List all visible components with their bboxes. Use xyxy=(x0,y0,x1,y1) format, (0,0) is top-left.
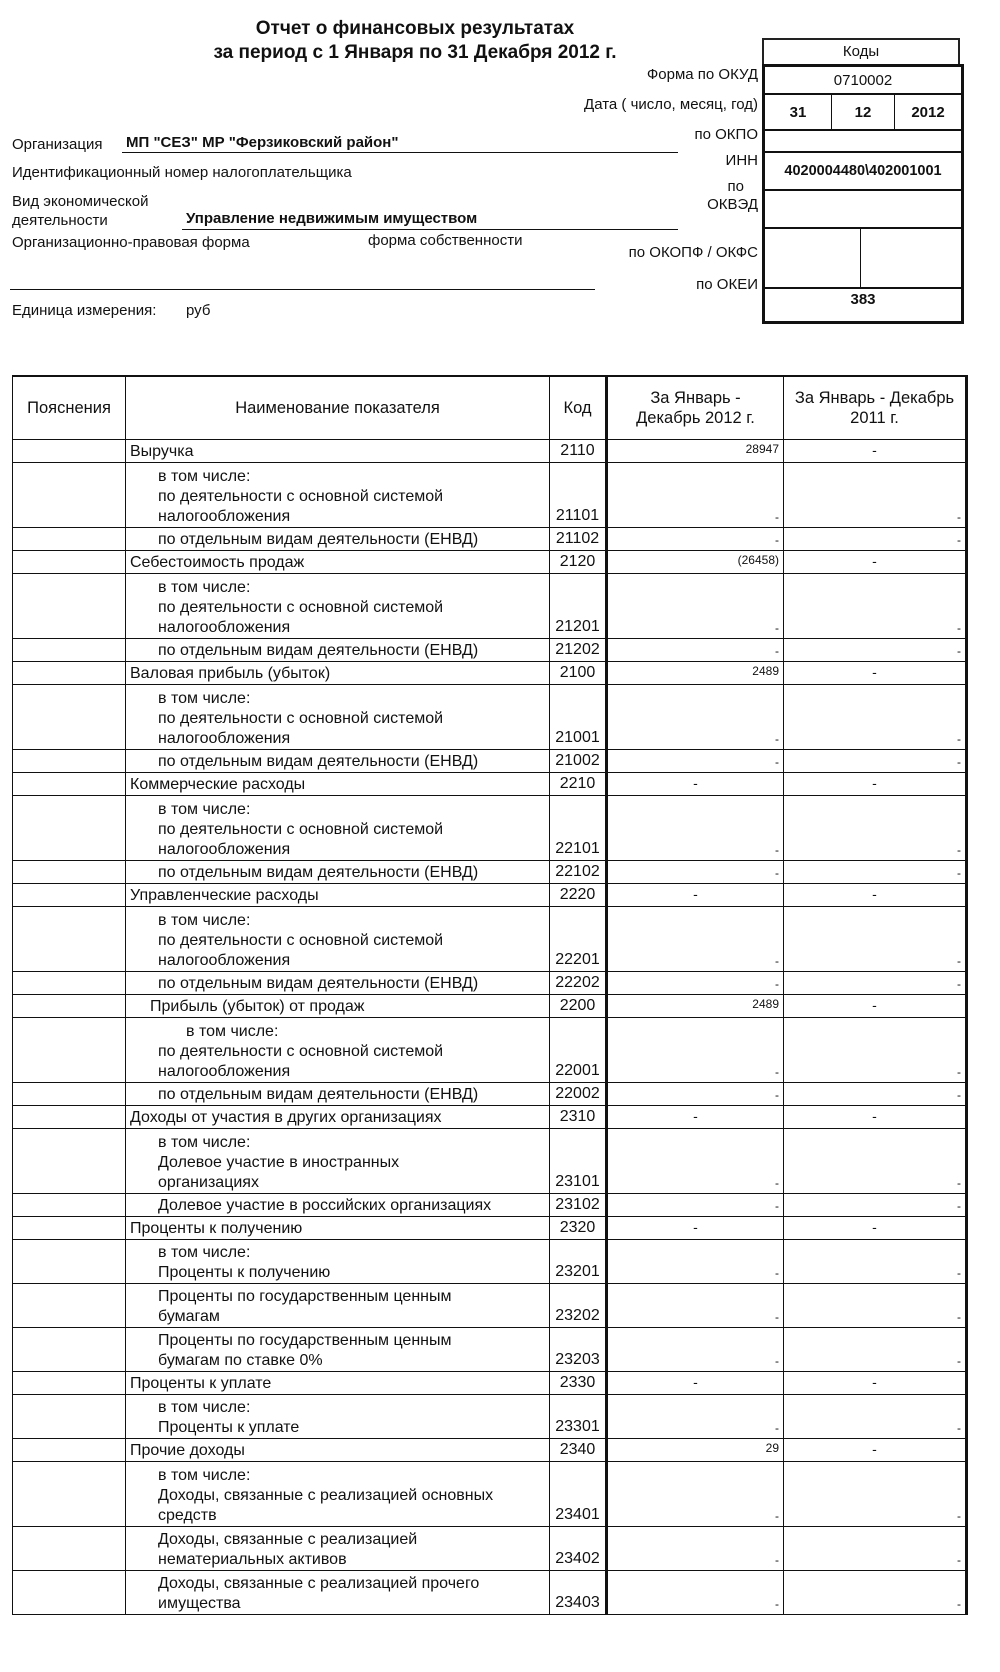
value-2011: - xyxy=(784,1194,968,1217)
value-2011: - xyxy=(784,1439,968,1462)
indicator-name-line: Проценты к уплате xyxy=(130,1374,549,1394)
table-row: Проценты по государственным ценнымбумага… xyxy=(12,1328,988,1372)
value-2012: - xyxy=(608,639,784,662)
indicator-name-line: организациях xyxy=(158,1173,549,1193)
indicator-name-line: бумагам по ставке 0% xyxy=(158,1351,549,1371)
inn-row: 4020004480\402001001 xyxy=(765,153,961,191)
table-row: в том числе:по деятельности с основной с… xyxy=(12,796,988,861)
indicator-name-line: Коммерческие расходы xyxy=(130,775,549,795)
value-2012: 28947 xyxy=(608,440,784,463)
notes-cell xyxy=(12,551,126,574)
indicator-name-line: Долевое участие в российских организация… xyxy=(158,1196,549,1216)
indicator-name-line: Доходы от участия в других организациях xyxy=(130,1108,549,1128)
notes-cell xyxy=(12,861,126,884)
value-2011: - xyxy=(784,1083,968,1106)
value-2012: - xyxy=(608,574,784,639)
indicator-name: по отдельным видам деятельности (ЕНВД) xyxy=(126,639,550,662)
value-2011: - xyxy=(784,528,968,551)
table-row: в том числе:по деятельности с основной с… xyxy=(12,907,988,972)
code-cell: 2110 xyxy=(550,440,608,463)
notes-cell xyxy=(12,773,126,796)
notes-cell xyxy=(12,1018,126,1083)
indicator-name: в том числе:по деятельности с основной с… xyxy=(126,907,550,972)
okved-label-line2: ОКВЭД xyxy=(707,196,758,213)
value-2011: - xyxy=(784,750,968,773)
table-row: в том числе:по деятельности с основной с… xyxy=(12,574,988,639)
code-cell: 2340 xyxy=(550,1439,608,1462)
okei-label: по ОКЕИ xyxy=(696,276,758,293)
indicator-name-line: Долевое участие в иностранных xyxy=(158,1153,549,1173)
code-cell: 2120 xyxy=(550,551,608,574)
notes-cell xyxy=(12,1527,126,1571)
okei-value: 383 xyxy=(765,289,961,319)
indicator-name-line: в том числе: xyxy=(158,578,549,598)
code-cell: 21202 xyxy=(550,639,608,662)
table-row: по отдельным видам деятельности (ЕНВД)21… xyxy=(12,639,988,662)
table-row: в том числе:Проценты к получению23201-- xyxy=(12,1240,988,1284)
table-row: Себестоимость продаж2120(26458)- xyxy=(12,551,988,574)
code-cell: 23401 xyxy=(550,1462,608,1527)
value-2011: - xyxy=(784,639,968,662)
value-2011: - xyxy=(784,884,968,907)
okved-label-line1: по xyxy=(728,178,744,195)
okopf-okfs-row xyxy=(765,229,961,289)
notes-cell xyxy=(12,1217,126,1240)
date-year: 2012 xyxy=(895,95,961,129)
table-row: Выручка211028947- xyxy=(12,440,988,463)
indicator-name-line: по отдельным видам деятельности (ЕНВД) xyxy=(158,863,549,883)
code-cell: 23101 xyxy=(550,1129,608,1194)
code-cell: 21102 xyxy=(550,528,608,551)
indicator-name-line: нематериальных активов xyxy=(158,1550,549,1570)
value-2011: - xyxy=(784,861,968,884)
notes-cell xyxy=(12,884,126,907)
organization-underline xyxy=(122,152,678,153)
indicator-name: по отдельным видам деятельности (ЕНВД) xyxy=(126,750,550,773)
codes-heading: Коды xyxy=(762,38,960,66)
code-cell: 23201 xyxy=(550,1240,608,1284)
indicator-name: Выручка xyxy=(126,440,550,463)
indicator-name-line: средств xyxy=(158,1506,549,1526)
table-row: по отдельным видам деятельности (ЕНВД)22… xyxy=(12,972,988,995)
notes-cell xyxy=(12,1083,126,1106)
indicator-name: Долевое участие в российских организация… xyxy=(126,1194,550,1217)
indicator-name-line: в том числе: xyxy=(158,1243,549,1263)
indicator-name-line: по деятельности с основной системой xyxy=(158,709,549,729)
notes-cell xyxy=(12,662,126,685)
value-2011: - xyxy=(784,1018,968,1083)
indicator-name-line: Проценты к получению xyxy=(158,1263,549,1283)
activity-label-line1: Вид экономической xyxy=(12,193,148,210)
indicator-name: Доходы от участия в других организациях xyxy=(126,1106,550,1129)
indicator-name-line: налогообложения xyxy=(158,507,549,527)
indicator-name-line: Проценты по государственным ценным xyxy=(158,1331,549,1351)
okpo-value xyxy=(765,131,961,151)
notes-cell xyxy=(12,995,126,1018)
okud-label: Форма по ОКУД xyxy=(647,66,758,83)
col-header-2011: За Январь - Декабрь 2011 г. xyxy=(784,375,968,440)
notes-cell xyxy=(12,1240,126,1284)
indicator-name: Управленческие расходы xyxy=(126,884,550,907)
code-cell: 23202 xyxy=(550,1284,608,1328)
code-cell: 2210 xyxy=(550,773,608,796)
indicator-name: в том числе:по деятельности с основной с… xyxy=(126,574,550,639)
value-2011: - xyxy=(784,1571,968,1615)
value-2011: - xyxy=(784,1462,968,1527)
value-2011: - xyxy=(784,1372,968,1395)
indicator-name: по отдельным видам деятельности (ЕНВД) xyxy=(126,972,550,995)
value-2011: - xyxy=(784,1527,968,1571)
table-row: Доходы от участия в других организациях2… xyxy=(12,1106,988,1129)
table-row: в том числе:по деятельности с основной с… xyxy=(12,685,988,750)
indicator-name-line: в том числе: xyxy=(158,689,549,709)
code-cell: 22001 xyxy=(550,1018,608,1083)
indicator-name-line: по отдельным видам деятельности (ЕНВД) xyxy=(158,974,549,994)
indicator-name-line: по отдельным видам деятельности (ЕНВД) xyxy=(158,530,549,550)
notes-cell xyxy=(12,1439,126,1462)
notes-cell xyxy=(12,685,126,750)
notes-cell xyxy=(12,907,126,972)
notes-cell xyxy=(12,1462,126,1527)
indicator-name-line: налогообложения xyxy=(158,729,549,749)
value-2012: - xyxy=(608,972,784,995)
organization-label: Организация xyxy=(12,136,102,153)
table-row: Управленческие расходы2220-- xyxy=(12,884,988,907)
value-2012: - xyxy=(608,884,784,907)
code-cell: 23301 xyxy=(550,1395,608,1439)
indicator-name: Проценты по государственным ценнымбумага… xyxy=(126,1328,550,1372)
code-cell: 22202 xyxy=(550,972,608,995)
value-2012: 2489 xyxy=(608,995,784,1018)
indicator-name-line: Проценты по государственным ценным xyxy=(158,1287,549,1307)
indicator-name-line: по деятельности с основной системой xyxy=(158,820,549,840)
value-2012: 29 xyxy=(608,1439,784,1462)
code-cell: 23402 xyxy=(550,1527,608,1571)
value-2012: - xyxy=(608,1462,784,1527)
indicator-name: по отдельным видам деятельности (ЕНВД) xyxy=(126,1083,550,1106)
indicator-name-line: по отдельным видам деятельности (ЕНВД) xyxy=(158,1085,549,1105)
value-2011: - xyxy=(784,995,968,1018)
value-2011: - xyxy=(784,1106,968,1129)
activity-underline xyxy=(182,229,678,230)
code-cell: 23203 xyxy=(550,1328,608,1372)
okpo-label: по ОКПО xyxy=(695,126,759,143)
value-2012: - xyxy=(608,907,784,972)
indicator-name-line: Доходы, связанные с реализацией xyxy=(158,1530,549,1550)
value-2012: - xyxy=(608,773,784,796)
indicator-name: Проценты по государственным ценнымбумага… xyxy=(126,1284,550,1328)
value-2011: - xyxy=(784,773,968,796)
value-2011: - xyxy=(784,1395,968,1439)
indicator-name: в том числе:Проценты к уплате xyxy=(126,1395,550,1439)
indicator-name-line: по деятельности с основной системой xyxy=(158,1042,549,1062)
report-period: за период с 1 Января по 31 Декабря 2012 … xyxy=(0,42,830,64)
value-2012: (26458) xyxy=(608,551,784,574)
value-2012: - xyxy=(608,1240,784,1284)
indicator-name-line: Доходы, связанные с реализацией основных xyxy=(158,1486,549,1506)
col-header-code: Код xyxy=(550,375,608,440)
table-row: по отдельным видам деятельности (ЕНВД)21… xyxy=(12,750,988,773)
indicator-name-line: Доходы, связанные с реализацией прочего xyxy=(158,1574,549,1594)
indicator-name-line: по деятельности с основной системой xyxy=(158,931,549,951)
indicator-name: в том числе:Доходы, связанные с реализац… xyxy=(126,1462,550,1527)
indicator-name: в том числе:по деятельности с основной с… xyxy=(126,685,550,750)
value-2011: - xyxy=(784,972,968,995)
code-cell: 2330 xyxy=(550,1372,608,1395)
indicator-name-line: Проценты к получению xyxy=(130,1219,549,1239)
value-2011: - xyxy=(784,796,968,861)
indicator-name-line: в том числе: xyxy=(158,1133,549,1153)
indicator-name-line: по отдельным видам деятельности (ЕНВД) xyxy=(158,752,549,772)
notes-cell xyxy=(12,972,126,995)
value-2011: - xyxy=(784,1240,968,1284)
indicator-name-line: по деятельности с основной системой xyxy=(158,598,549,618)
code-cell: 23403 xyxy=(550,1571,608,1615)
code-cell: 21101 xyxy=(550,463,608,528)
indicator-name: Валовая прибыль (убыток) xyxy=(126,662,550,685)
indicator-name-line: бумагам xyxy=(158,1307,549,1327)
indicator-name: в том числе:Проценты к получению xyxy=(126,1240,550,1284)
unit-value: руб xyxy=(186,302,210,319)
indicator-name-line: налогообложения xyxy=(158,840,549,860)
value-2011: - xyxy=(784,1129,968,1194)
notes-cell xyxy=(12,1106,126,1129)
col-header-2012: За Январь - Декабрь 2012 г. xyxy=(608,375,784,440)
table-row: Доходы, связанные с реализациейнематериа… xyxy=(12,1527,988,1571)
activity-label-line2: деятельности xyxy=(12,212,108,229)
indicator-name: по отдельным видам деятельности (ЕНВД) xyxy=(126,861,550,884)
value-2011: - xyxy=(784,662,968,685)
legal-form-label: Организационно-правовая форма xyxy=(12,234,250,251)
notes-cell xyxy=(12,440,126,463)
value-2011: - xyxy=(784,1328,968,1372)
value-2012: - xyxy=(608,796,784,861)
notes-cell xyxy=(12,1395,126,1439)
codes-body: 0710002 31 12 2012 4020004480\402001001 … xyxy=(762,64,964,324)
okpo-row xyxy=(765,131,961,153)
okved-value xyxy=(765,191,961,227)
indicator-name: в том числе:по деятельности с основной с… xyxy=(126,463,550,528)
indicator-name: Прочие доходы xyxy=(126,1439,550,1462)
ownership-label: форма собственности xyxy=(368,232,522,249)
notes-cell xyxy=(12,1571,126,1615)
indicator-name-line: Себестоимость продаж xyxy=(130,553,549,573)
table-row: по отдельным видам деятельности (ЕНВД)22… xyxy=(12,1083,988,1106)
date-day: 31 xyxy=(765,95,832,129)
value-2012: - xyxy=(608,1284,784,1328)
indicator-name: Доходы, связанные с реализациейнематериа… xyxy=(126,1527,550,1571)
code-cell: 22102 xyxy=(550,861,608,884)
notes-cell xyxy=(12,1372,126,1395)
indicator-name: Проценты к уплате xyxy=(126,1372,550,1395)
indicator-name-line: Проценты к уплате xyxy=(158,1418,549,1438)
table-row: в том числе:Доходы, связанные с реализац… xyxy=(12,1462,988,1527)
indicator-name-line: в том числе: xyxy=(158,467,549,487)
indicator-name-line: налогообложения xyxy=(158,618,549,638)
indicator-name-line: по отдельным видам деятельности (ЕНВД) xyxy=(158,641,549,661)
okei-row: 383 xyxy=(765,289,961,317)
value-2012: - xyxy=(608,1395,784,1439)
indicator-name: Прибыль (убыток) от продаж xyxy=(126,995,550,1018)
notes-cell xyxy=(12,463,126,528)
indicator-name-line: в том числе: xyxy=(158,1022,549,1042)
table-row: Доходы, связанные с реализацией прочегои… xyxy=(12,1571,988,1615)
value-2011: - xyxy=(784,907,968,972)
inn-code-label: ИНН xyxy=(726,152,758,169)
notes-cell xyxy=(12,1284,126,1328)
value-2011: - xyxy=(784,463,968,528)
value-2012: - xyxy=(608,1571,784,1615)
okud-row: 0710002 xyxy=(765,67,961,95)
value-2012: - xyxy=(608,1217,784,1240)
indicator-name: в том числе:по деятельности с основной с… xyxy=(126,796,550,861)
value-2012: - xyxy=(608,750,784,773)
table-header-row: Пояснения Наименование показателя Код За… xyxy=(12,375,988,440)
value-2012: - xyxy=(608,1328,784,1372)
table-row: в том числе:Долевое участие в иностранны… xyxy=(12,1129,988,1194)
table-row: в том числе:по деятельности с основной с… xyxy=(12,463,988,528)
value-2011: - xyxy=(784,685,968,750)
activity-value: Управление недвижимым имуществом xyxy=(186,210,477,227)
unit-label: Единица измерения: xyxy=(12,302,156,319)
okopf-value xyxy=(765,229,861,287)
date-label: Дата ( число, месяц, год) xyxy=(584,96,758,113)
value-2012: - xyxy=(608,1083,784,1106)
report-title: Отчет о финансовых результатах xyxy=(0,18,830,40)
table-row: в том числе:по деятельности с основной с… xyxy=(12,1018,988,1083)
notes-cell xyxy=(12,1129,126,1194)
code-cell: 21201 xyxy=(550,574,608,639)
indicator-name-line: налогообложения xyxy=(158,951,549,971)
indicator-name: в том числе:по деятельности с основной с… xyxy=(126,1018,550,1083)
table-row: Проценты к уплате2330-- xyxy=(12,1372,988,1395)
table-row: Проценты по государственным ценнымбумага… xyxy=(12,1284,988,1328)
inn-label: Идентификационный номер налогоплательщик… xyxy=(12,164,352,181)
date-row: 31 12 2012 xyxy=(765,95,961,131)
code-cell: 21001 xyxy=(550,685,608,750)
indicator-name: по отдельным видам деятельности (ЕНВД) xyxy=(126,528,550,551)
value-2012: - xyxy=(608,1527,784,1571)
indicator-name-line: в том числе: xyxy=(158,911,549,931)
table-row: Проценты к получению2320-- xyxy=(12,1217,988,1240)
table-row: Коммерческие расходы2210-- xyxy=(12,773,988,796)
notes-cell xyxy=(12,574,126,639)
code-cell: 2200 xyxy=(550,995,608,1018)
value-2012: - xyxy=(608,1194,784,1217)
notes-cell xyxy=(12,528,126,551)
indicator-name-line: налогообложения xyxy=(158,1062,549,1082)
organization-value: МП "СЕЗ" МР "Ферзиковский район" xyxy=(126,134,398,151)
indicator-name-line: в том числе: xyxy=(158,1466,549,1486)
code-cell: 2310 xyxy=(550,1106,608,1129)
code-cell: 2220 xyxy=(550,884,608,907)
value-2012: - xyxy=(608,463,784,528)
value-2012: - xyxy=(608,1129,784,1194)
value-2012: - xyxy=(608,1018,784,1083)
indicator-name-line: Прочие доходы xyxy=(130,1441,549,1461)
indicator-name: Проценты к получению xyxy=(126,1217,550,1240)
notes-cell xyxy=(12,1328,126,1372)
notes-cell xyxy=(12,639,126,662)
value-2012: - xyxy=(608,861,784,884)
indicator-name-line: Выручка xyxy=(130,442,549,462)
indicator-name-line: по деятельности с основной системой xyxy=(158,487,549,507)
indicator-name-line: Прибыль (убыток) от продаж xyxy=(150,997,549,1017)
table-row: по отдельным видам деятельности (ЕНВД)22… xyxy=(12,861,988,884)
legal-form-underline xyxy=(10,289,595,290)
indicator-name-line: Управленческие расходы xyxy=(130,886,549,906)
notes-cell xyxy=(12,750,126,773)
indicator-name-line: Валовая прибыль (убыток) xyxy=(130,664,549,684)
value-2012: - xyxy=(608,1372,784,1395)
value-2012: - xyxy=(608,1106,784,1129)
code-cell: 2320 xyxy=(550,1217,608,1240)
okved-row xyxy=(765,191,961,229)
code-cell: 22101 xyxy=(550,796,608,861)
table-row: в том числе:Проценты к уплате23301-- xyxy=(12,1395,988,1439)
value-2012: - xyxy=(608,528,784,551)
table-row: Долевое участие в российских организация… xyxy=(12,1194,988,1217)
value-2011: - xyxy=(784,1284,968,1328)
value-2012: 2489 xyxy=(608,662,784,685)
value-2011: - xyxy=(784,1217,968,1240)
notes-cell xyxy=(12,1194,126,1217)
indicator-name-line: в том числе: xyxy=(158,1398,549,1418)
indicator-name: в том числе:Долевое участие в иностранны… xyxy=(126,1129,550,1194)
inn-value: 4020004480\402001001 xyxy=(765,153,961,189)
col-header-notes: Пояснения xyxy=(12,375,126,440)
value-2012: - xyxy=(608,685,784,750)
okud-value: 0710002 xyxy=(765,67,961,93)
code-cell: 21002 xyxy=(550,750,608,773)
col-header-indicator: Наименование показателя xyxy=(126,375,550,440)
code-cell: 23102 xyxy=(550,1194,608,1217)
table-row: по отдельным видам деятельности (ЕНВД)21… xyxy=(12,528,988,551)
indicator-name-line: в том числе: xyxy=(158,800,549,820)
table-row: Прочие доходы234029- xyxy=(12,1439,988,1462)
table-row: Валовая прибыль (убыток)21002489- xyxy=(12,662,988,685)
okfs-value xyxy=(861,229,961,287)
indicator-name: Коммерческие расходы xyxy=(126,773,550,796)
notes-cell xyxy=(12,796,126,861)
okopf-okfs-label: по ОКОПФ / ОКФС xyxy=(629,244,758,261)
indicator-name: Себестоимость продаж xyxy=(126,551,550,574)
code-cell: 22002 xyxy=(550,1083,608,1106)
indicator-name-line: имущества xyxy=(158,1594,549,1614)
value-2011: - xyxy=(784,551,968,574)
code-cell: 22201 xyxy=(550,907,608,972)
indicator-name: Доходы, связанные с реализацией прочегои… xyxy=(126,1571,550,1615)
date-month: 12 xyxy=(832,95,895,129)
table-row: Прибыль (убыток) от продаж22002489- xyxy=(12,995,988,1018)
value-2011: - xyxy=(784,440,968,463)
value-2011: - xyxy=(784,574,968,639)
code-cell: 2100 xyxy=(550,662,608,685)
